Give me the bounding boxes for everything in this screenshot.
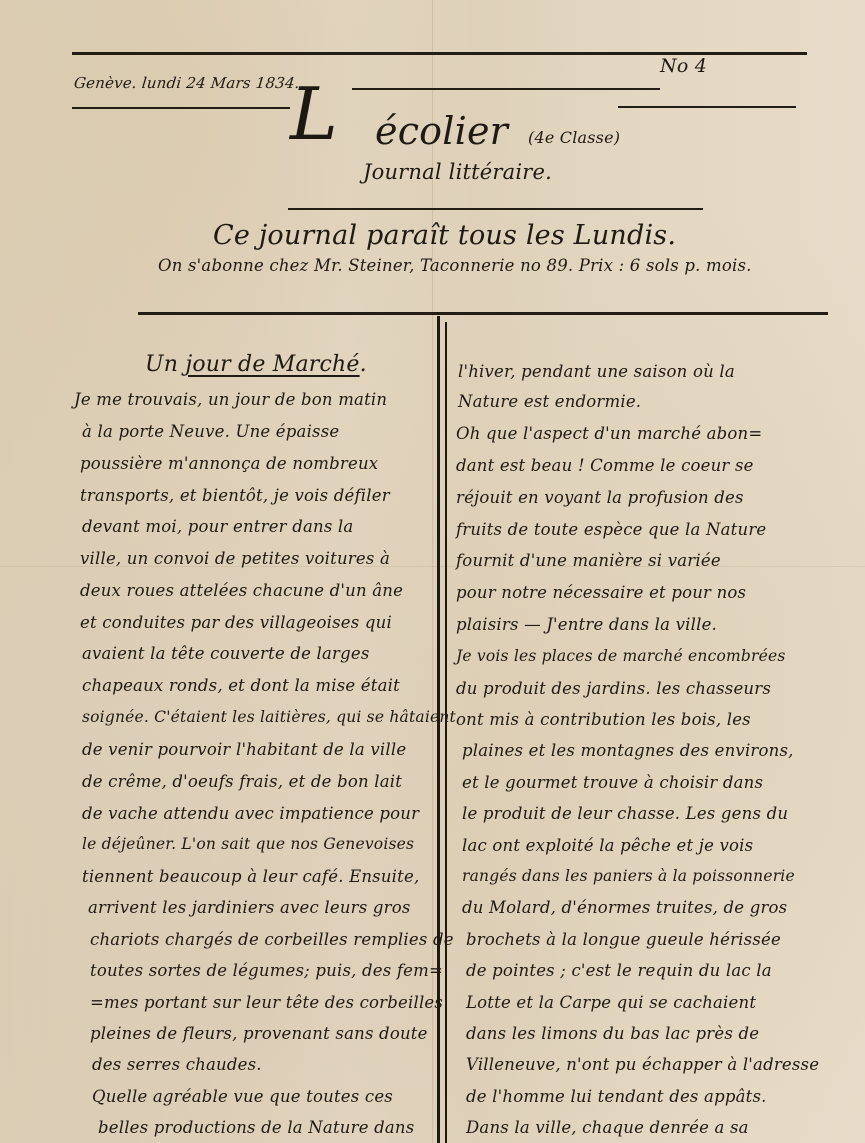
column-divider-inner [445,322,447,1143]
columns-top-rule [138,312,828,315]
right-line: rangés dans les paniers à la poissonneri… [462,869,795,885]
issue-number: No 4 [660,55,707,77]
left-line: toutes sortes de légumes; puis, des fem= [90,963,443,980]
left-line: le déjeûner. L'on sait que nos Genevoise… [82,837,414,853]
publication-frequency: Ce journal paraît tous les Lundis. [213,220,676,251]
left-line: poussière m'annonça de nombreux [80,456,378,473]
right-line: réjouit en voyant la profusion des [456,490,744,507]
left-line: tiennent beaucoup à leur café. Ensuite, [82,869,419,886]
left-line: des serres chaudes. [92,1057,262,1074]
left-line: belles productions de la Nature dans [98,1120,414,1137]
masthead-class-note: (4e Classe) [528,128,620,147]
left-line: chapeaux ronds, et dont la mise était [82,678,400,695]
article-heading-suffix: . [360,352,367,377]
left-line: de vache attendu avec impatience pour [82,806,419,823]
subscription-info: On s'abonne chez Mr. Steiner, Taconnerie… [158,256,752,275]
right-line: Je vois les places de marché encombrées [456,649,786,665]
left-line: de venir pourvoir l'habitant de la ville [82,742,406,759]
masthead-subtitle: Journal littéraire. [363,160,552,184]
right-line: dant est beau ! Comme le coeur se [456,458,754,475]
right-line: Nature est endormie. [458,394,641,411]
left-line: Je me trouvais, un jour de bon matin [74,392,387,409]
masthead-title-initial: L [290,78,338,150]
right-line: du produit des jardins. les chasseurs [456,681,771,698]
right-line: pour notre nécessaire et pour nos [456,585,746,602]
dateline: Genève. lundi 24 Mars 1834. [73,74,301,92]
left-line: arrivent les jardiniers avec leurs gros [88,900,411,917]
right-line: Oh que l'aspect d'un marché abon= [456,426,762,443]
left-line: Quelle agréable vue que toutes ces [92,1089,393,1106]
left-line: chariots chargés de corbeilles remplies … [90,932,454,949]
left-line: de crême, d'oeufs frais, et de bon lait [82,774,402,791]
right-line: et le gourmet trouve à choisir dans [462,775,763,792]
right-line: fournit d'une manière si variée [456,553,721,570]
subtitle-rule [288,208,703,210]
right-line: fruits de toute espèce que la Nature [456,522,766,539]
left-line: avaient la tête couverte de larges [82,646,370,663]
dateline-underline [72,107,290,109]
right-line: Villeneuve, n'ont pu échapper à l'adress… [466,1057,819,1074]
left-line: deux roues attelées chacune d'un âne [80,583,403,600]
right-line: dans les limons du bas lac près de [466,1026,759,1043]
left-line: à la porte Neuve. Une épaisse [82,424,339,441]
right-line: Lotte et la Carpe qui se cachaient [466,995,756,1012]
right-line: de pointes ; c'est le requin du lac la [466,963,772,980]
right-line: l'hiver, pendant une saison où la [458,364,735,381]
left-line: et conduites par des villageoises qui [80,615,392,632]
right-line: plaines et les montagnes des environs, [462,743,794,760]
right-line: Dans la ville, chaque denrée a sa [466,1120,749,1137]
right-line: du Molard, d'énormes truites, de gros [462,900,787,917]
right-line: lac ont exploité la pêche et je vois [462,838,753,855]
article-heading: Un jour de Marché. [145,352,367,377]
right-line: brochets à la longue gueule hérissée [466,932,781,949]
left-line: devant moi, pour entrer dans la [82,519,353,536]
left-line: soignée. C'étaient les laitières, qui se… [82,710,456,726]
article-heading-underlined: jour de Marché [185,352,359,377]
right-line: plaisirs — J'entre dans la ville. [456,617,717,634]
right-line: de l'homme lui tendant des appâts. [466,1089,767,1106]
left-line: =mes portant sur leur tête des corbeille… [90,995,443,1012]
masthead-title: écolier [375,112,508,150]
left-line: pleines de fleurs, provenant sans doute [90,1026,428,1043]
article-heading-prefix: Un [145,352,185,377]
left-line: transports, et bientôt, je vois défiler [80,488,390,505]
right-line: le produit de leur chasse. Les gens du [462,806,788,823]
number-underline [618,106,796,108]
column-divider-outer [437,316,440,1143]
right-line: ont mis à contribution les bois, les [456,712,751,729]
title-overline [352,88,660,90]
left-line: ville, un convoi de petites voitures à [80,551,390,568]
